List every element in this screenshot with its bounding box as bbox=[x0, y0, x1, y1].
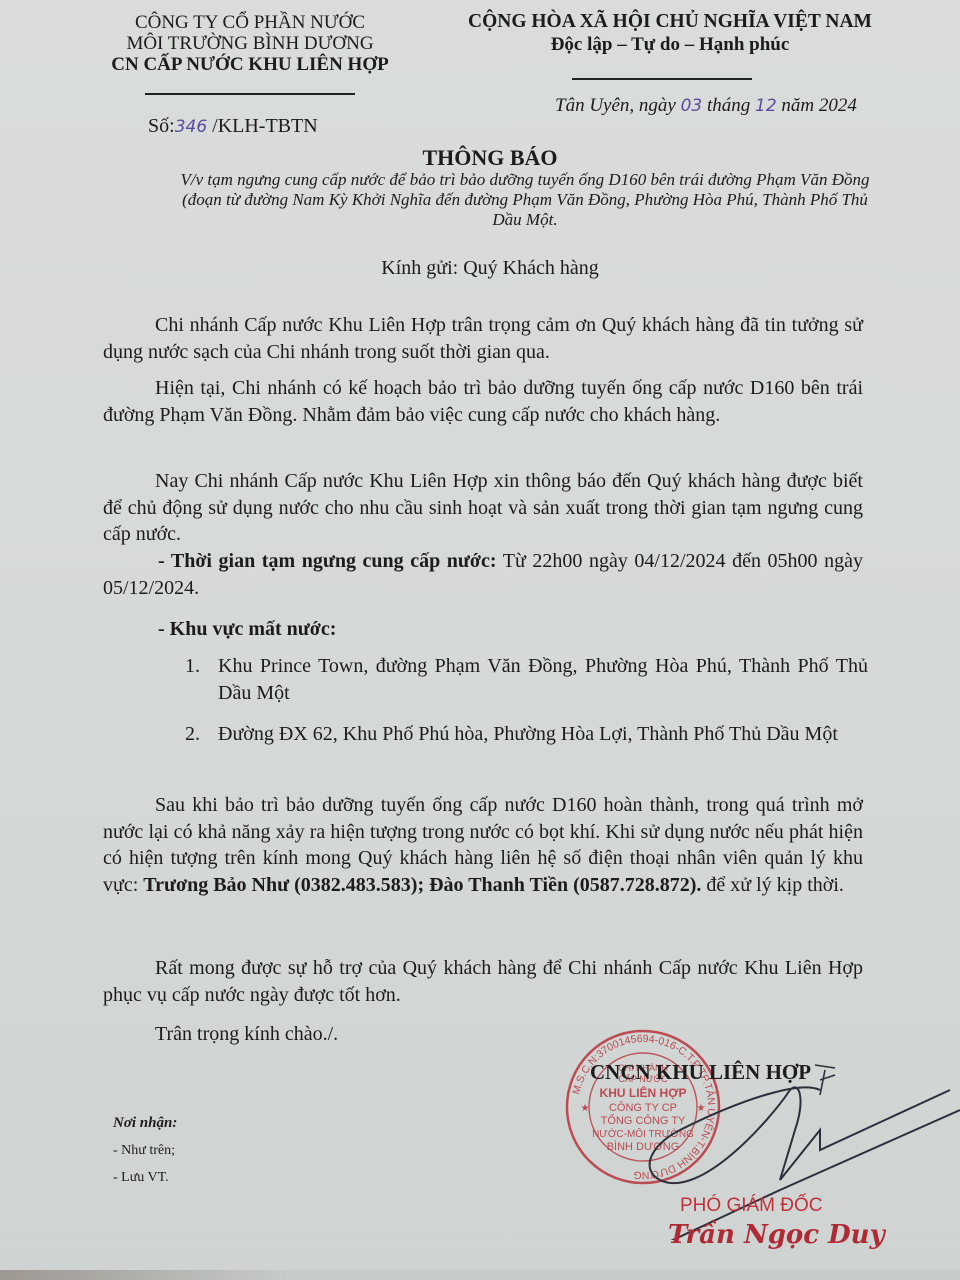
outage-area-item: 1. Khu Prince Town, đường Phạm Văn Đồng,… bbox=[185, 653, 868, 706]
outage-area-item: 2. Đường ĐX 62, Khu Phố Phú hòa, Phường … bbox=[185, 721, 868, 748]
paragraph-after-maintenance: Sau khi bảo trì bảo dưỡng tuyến ống cấp … bbox=[103, 792, 863, 898]
national-title: CỘNG HÒA XÃ HỘI CHỦ NGHĨA VIỆT NAM bbox=[450, 10, 890, 33]
outage-time-label: - Thời gian tạm ngưng cung cấp nước: bbox=[158, 550, 497, 572]
issuer-line-2: MÔI TRƯỜNG BÌNH DƯƠNG bbox=[100, 33, 400, 54]
handwritten-day: 03 bbox=[681, 96, 703, 116]
greeting: Kính gửi: Quý Khách hàng bbox=[0, 257, 960, 280]
contact-1: Trương Bảo Như (0382.483.583); bbox=[143, 874, 424, 896]
closing: Trân trọng kính chào./. bbox=[103, 1021, 863, 1048]
national-divider bbox=[572, 78, 752, 80]
document-number: Số:346 /KLH-TBTN bbox=[148, 115, 318, 138]
issuer-line-1: CÔNG TY CỔ PHẦN NƯỚC bbox=[100, 12, 400, 33]
issuer-divider bbox=[145, 93, 355, 95]
national-header: CỘNG HÒA XÃ HỘI CHỦ NGHĨA VIỆT NAM Độc l… bbox=[450, 10, 890, 80]
signatory-name: Trần Ngọc Duy bbox=[668, 1220, 885, 1250]
issuer-branch: CN CẤP NƯỚC KHU LIÊN HỢP bbox=[100, 54, 400, 75]
photo-edge bbox=[0, 1270, 960, 1280]
issuer-header: CÔNG TY CỔ PHẦN NƯỚC MÔI TRƯỜNG BÌNH DƯƠ… bbox=[100, 12, 400, 95]
handwritten-number: 346 bbox=[175, 117, 207, 137]
document-date: Tân Uyên, ngày 03 tháng 12 năm 2024 bbox=[555, 95, 857, 117]
paragraph-request: Rất mong được sự hỗ trợ của Quý khách hà… bbox=[103, 955, 863, 1008]
contact-2: Đào Thanh Tiền (0587.728.872). bbox=[429, 874, 701, 896]
document-title: THÔNG BÁO bbox=[0, 145, 960, 171]
svg-text:★: ★ bbox=[581, 1103, 590, 1114]
national-motto: Độc lập – Tự do – Hạnh phúc bbox=[450, 33, 890, 56]
document-subject: V/v tạm ngưng cung cấp nước để bảo trì b… bbox=[180, 170, 870, 230]
outage-area-label: - Khu vực mất nước: bbox=[103, 616, 863, 643]
recipient-item: - Lưu VT. bbox=[113, 1164, 177, 1191]
paragraph-notice: Nay Chi nhánh Cấp nước Khu Liên Hợp xin … bbox=[103, 468, 863, 548]
recipient-item: - Như trên; bbox=[113, 1137, 177, 1164]
paragraph-thanks: Chi nhánh Cấp nước Khu Liên Hợp trân trọ… bbox=[103, 312, 863, 365]
recipients-heading: Nơi nhận: bbox=[113, 1110, 177, 1137]
paragraph-plan: Hiện tại, Chi nhánh có kế hoạch bảo trì … bbox=[103, 375, 863, 428]
handwritten-month: 12 bbox=[755, 96, 777, 116]
outage-time: - Thời gian tạm ngưng cung cấp nước: Từ … bbox=[103, 548, 863, 601]
recipients: Nơi nhận: - Như trên; - Lưu VT. bbox=[113, 1110, 177, 1191]
signatory-role: PHÓ GIÁM ĐỐC bbox=[680, 1195, 823, 1217]
